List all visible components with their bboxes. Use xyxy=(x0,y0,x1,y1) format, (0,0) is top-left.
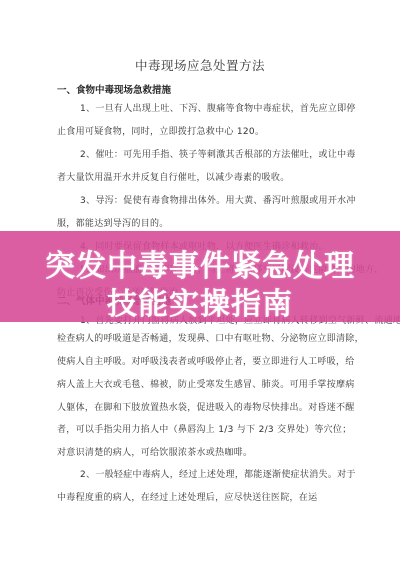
paragraph-line: 中毒程度重的病人，在经过上述处理后，应尽快送往医院，在运 xyxy=(57,490,317,503)
paragraph-line: 服，都能达到导泻的目的。 xyxy=(57,216,169,229)
paragraph-line: 2、一般轻症中毒病人，经过上述处理，都能逐渐使症状消失。对于 xyxy=(80,467,356,480)
paragraph-line: 人躯体，在脚和下肢放置热水袋，促进吸入的毒物尽快排出。对昏迷不醒 xyxy=(57,400,355,413)
paragraph-line: 者，可以手指尖用力掐人中（鼻唇沟上 1/3 与下 2/3 交界处）等穴位； xyxy=(57,422,352,435)
paragraph-line: 者大量饮用温开水并反复自行催吐，以减少毒素的吸收。 xyxy=(57,170,290,183)
paragraph-line: 检查病人的呼吸道是否畅通，发现鼻、口中有呕吐物、分泌物应立即清除， xyxy=(57,331,364,344)
title-banner: 突发中毒事件紧急处理 技能实操指南 xyxy=(0,231,400,322)
document-title: 中毒现场应急处置方法 xyxy=(0,56,400,74)
paragraph-line: 3、导泻：促使有毒食物排出体外。用大黄、番泻叶煎服或用开水冲 xyxy=(80,193,356,206)
banner-title-line2: 技能实操指南 xyxy=(0,279,400,323)
paragraph-line: 使病人自主呼吸。对呼吸浅表者或呼吸停止者，要立即进行人工呼吸，给 xyxy=(57,354,355,367)
paragraph-line: 病人盖上大衣或毛毯、棉被，防止受寒发生感冒、肺炎。可用手掌按摩病 xyxy=(57,377,355,390)
paragraph-line: 1、一旦有人出现上吐、下泻、腹痛等食物中毒症状，首先应立即停 xyxy=(80,101,356,114)
paragraph-line: 对意识清楚的病人，可给饮服浓茶水或热咖啡。 xyxy=(57,445,252,458)
paragraph-line: 止食用可疑食物，同时，立即拨打急救中心 120。 xyxy=(57,124,264,137)
section-heading-food: 一、食物中毒现场急救措施 xyxy=(57,82,171,96)
paragraph-line: 2、催吐：可先用手指、筷子等刺激其舌根部的方法催吐，或让中毒 xyxy=(80,147,356,160)
